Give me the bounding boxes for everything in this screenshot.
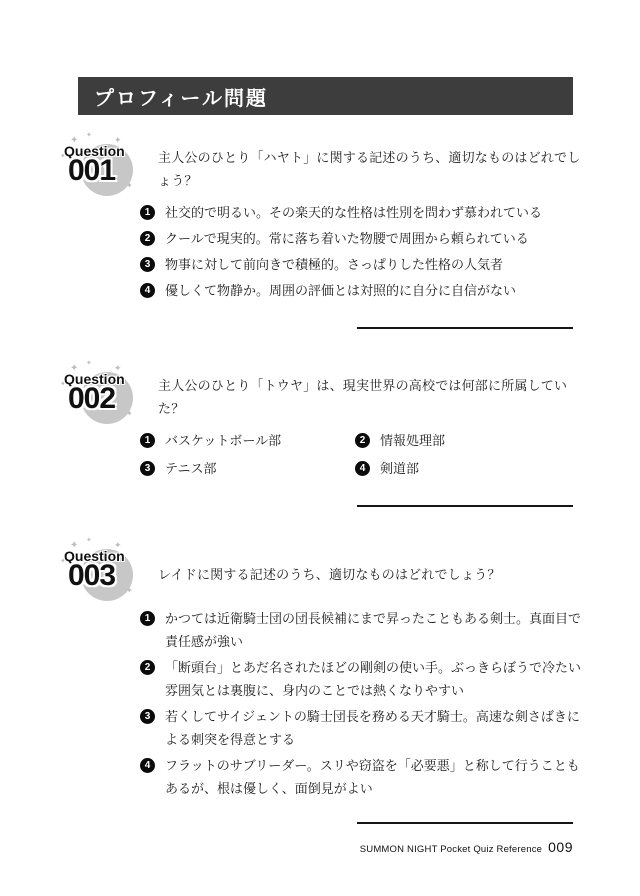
section-divider: [357, 505, 573, 507]
question-block-002: ✦ ✦ ✦ ✦ ✦ Question 002 主人公のひとり「トウヤ」は、現実世…: [62, 368, 590, 485]
sparkle-icon: ✦: [86, 360, 92, 367]
question-badge: ✦ ✦ ✦ ✦ ✦ Question 002: [62, 368, 142, 426]
option-row: 1 バスケットボール部: [140, 429, 355, 452]
options-list: 1 バスケットボール部 2 情報処理部 3 テニス部 4 剣道部: [140, 429, 590, 485]
question-badge: ✦ ✦ ✦ ✦ ✦ Question 001: [62, 140, 142, 198]
option-row: 4 フラットのサブリーダー。スリや窃盗を「必要悪」と称して行うこともあるが、根は…: [140, 754, 590, 800]
option-number-bullet: 4: [355, 461, 370, 476]
option-text: バスケットボール部: [165, 429, 281, 452]
footer-credit: SUMMON NIGHT Pocket Quiz Reference 009: [360, 839, 573, 855]
question-block-001: ✦ ✦ ✦ ✦ ✦ Question 001 主人公のひとり「ハヤト」に関する記…: [62, 140, 590, 305]
question-text: 主人公のひとり「ハヤト」に関する記述のうち、適切なものはどれでしょう？: [158, 146, 590, 192]
option-text: 情報処理部: [380, 429, 445, 452]
option-text: テニス部: [165, 457, 216, 480]
option-text: 優しくて物静か。周囲の評価とは対照的に自分に自信がない: [165, 279, 516, 302]
options-list: 1 かつては近衛騎士団の団長候補にまで昇ったこともある剣士。真面目で責任感が強い…: [140, 607, 590, 800]
option-row: 2 「断頭台」とあだ名されたほどの剛剣の使い手。ぶっきらぼうで冷たい雰囲気とは裏…: [140, 656, 590, 702]
question-number: 003: [68, 561, 142, 591]
section-divider: [357, 327, 573, 329]
option-text: 若くしてサイジェントの騎士団長を務める天才騎士。高速な剣さばきによる刺突を得意と…: [165, 705, 590, 751]
chapter-title: プロフィール問題: [94, 82, 268, 111]
question-badge: ✦ ✦ ✦ ✦ ✦ Question 003: [62, 545, 142, 603]
question-header: ✦ ✦ ✦ ✦ ✦ Question 003 レイドに関する記述のうち、適切なも…: [62, 545, 590, 603]
footer-rule: [357, 822, 573, 824]
chapter-title-bar: プロフィール問題: [78, 77, 573, 115]
option-text: 物事に対して前向きで積極的。さっぱりした性格の人気者: [165, 253, 503, 276]
option-text: 剣道部: [380, 457, 419, 480]
sparkle-icon: ✦: [86, 537, 92, 544]
option-row: 3 テニス部: [140, 457, 355, 480]
option-number-bullet: 2: [140, 660, 155, 675]
option-text: かつては近衛騎士団の団長候補にまで昇ったこともある剣士。真面目で責任感が強い: [165, 607, 590, 653]
option-row: 4 優しくて物静か。周囲の評価とは対照的に自分に自信がない: [140, 279, 590, 302]
option-text: フラットのサブリーダー。スリや窃盗を「必要悪」と称して行うこともあるが、根は優し…: [165, 754, 590, 800]
option-number-bullet: 1: [140, 205, 155, 220]
question-number: 001: [68, 156, 142, 186]
option-number-bullet: 3: [140, 257, 155, 272]
option-row: 3 物事に対して前向きで積極的。さっぱりした性格の人気者: [140, 253, 590, 276]
option-number-bullet: 3: [140, 461, 155, 476]
option-row: 3 若くしてサイジェントの騎士団長を務める天才騎士。高速な剣さばきによる刺突を得…: [140, 705, 590, 751]
question-text: 主人公のひとり「トウヤ」は、現実世界の高校では何部に所属していた？: [158, 374, 590, 420]
option-row: 4 剣道部: [355, 457, 590, 480]
option-number-bullet: 4: [140, 758, 155, 773]
option-text: 「断頭台」とあだ名されたほどの剛剣の使い手。ぶっきらぼうで冷たい雰囲気とは裏腹に…: [165, 656, 590, 702]
option-row: 2 情報処理部: [355, 429, 590, 452]
option-number-bullet: 1: [140, 433, 155, 448]
option-number-bullet: 1: [140, 611, 155, 626]
option-row: 1 かつては近衛騎士団の団長候補にまで昇ったこともある剣士。真面目で責任感が強い: [140, 607, 590, 653]
book-title: SUMMON NIGHT Pocket Quiz Reference: [360, 844, 542, 855]
question-block-003: ✦ ✦ ✦ ✦ ✦ Question 003 レイドに関する記述のうち、適切なも…: [62, 545, 590, 803]
option-row: 2 クールで現実的。常に落ち着いた物腰で周囲から頼られている: [140, 227, 590, 250]
page-number: 009: [548, 839, 573, 855]
question-text: レイドに関する記述のうち、適切なものはどれでしょう？: [158, 563, 590, 586]
option-number-bullet: 3: [140, 709, 155, 724]
option-number-bullet: 4: [140, 283, 155, 298]
question-header: ✦ ✦ ✦ ✦ ✦ Question 001 主人公のひとり「ハヤト」に関する記…: [62, 140, 590, 198]
question-number: 002: [68, 384, 142, 414]
option-number-bullet: 2: [355, 433, 370, 448]
option-text: クールで現実的。常に落ち着いた物腰で周囲から頼られている: [165, 227, 529, 250]
sparkle-icon: ✦: [86, 132, 92, 139]
option-number-bullet: 2: [140, 231, 155, 246]
option-row: 1 社交的で明るい。その楽天的な性格は性別を問わず慕われている: [140, 201, 590, 224]
option-text: 社交的で明るい。その楽天的な性格は性別を問わず慕われている: [165, 201, 542, 224]
question-header: ✦ ✦ ✦ ✦ ✦ Question 002 主人公のひとり「トウヤ」は、現実世…: [62, 368, 590, 426]
quiz-book-page: プロフィール問題 ✦ ✦ ✦ ✦ ✦ Question 001 主人公のひとり「…: [0, 0, 640, 896]
options-list: 1 社交的で明るい。その楽天的な性格は性別を問わず慕われている 2 クールで現実…: [140, 201, 590, 302]
